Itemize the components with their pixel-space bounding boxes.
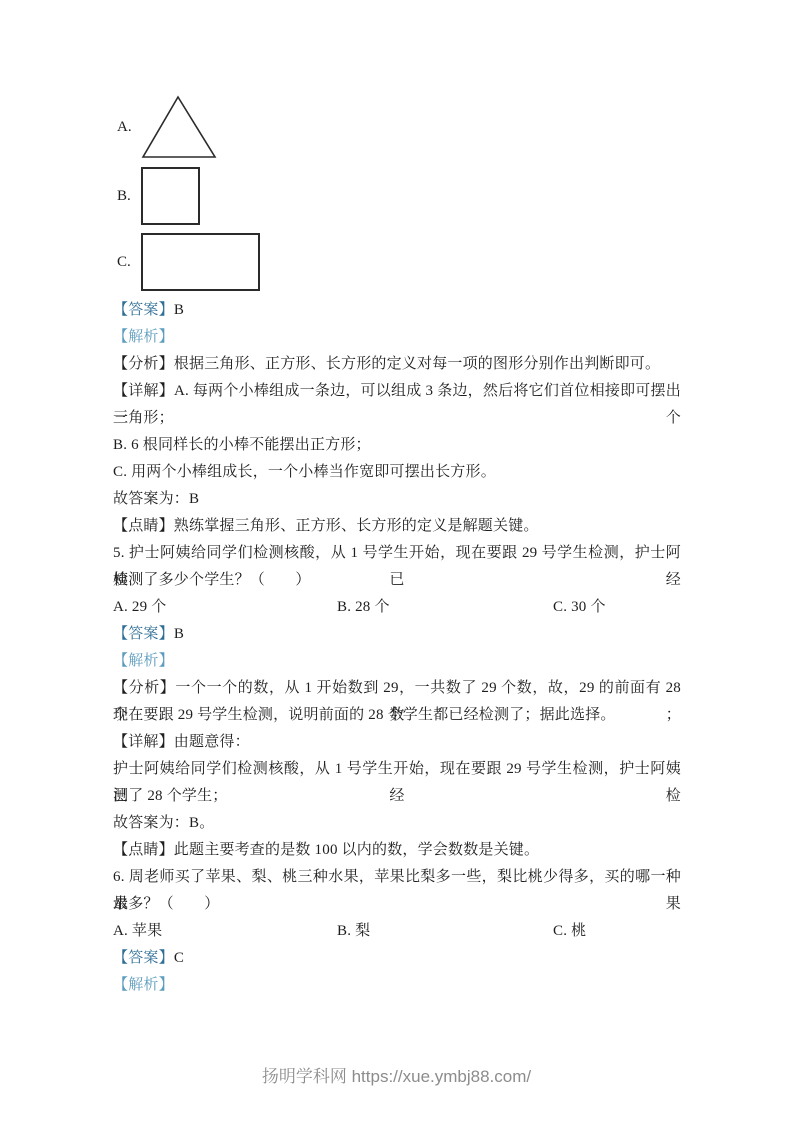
footer-watermark: 扬明学科网 https://xue.ymbj88.com/ <box>0 1062 793 1087</box>
rectangle-shape <box>141 233 260 291</box>
q6-options-row: A. 苹果 B. 梨 C. 桃 <box>113 918 681 945</box>
square-shape <box>141 167 200 225</box>
q5-options-row: A. 29 个 B. 28 个 C. 30 个 <box>113 594 681 621</box>
q4-answer-tag: 【答案】 <box>113 302 174 318</box>
q4-option-b-row: B. <box>113 167 681 225</box>
q4-explain-line: C. 用两个小棒组成长，一个小棒当作宽即可摆出长方形。 <box>113 459 681 486</box>
q4-answer-line: 【答案】B <box>113 297 681 324</box>
q4-analysis-line: 【解析】 <box>113 324 681 351</box>
q5-option-c: C. 30 个 <box>553 594 681 621</box>
q4-explain-line: 【详解】A. 每两个小棒组成一条边，可以组成 3 条边，然后将它们首位相接即可摆… <box>113 378 681 405</box>
q5-stem-line: 5. 护士阿姨给同学们检测核酸，从 1 号学生开始，现在要跟 29 号学生检测，… <box>113 540 681 567</box>
q5-answer-tag: 【答案】 <box>113 626 174 642</box>
q5-explain-line: 【分析】一个一个的数，从 1 开始数到 29，一共数了 29 个数，故，29 的… <box>113 675 681 702</box>
q4-conclusion-line: 故答案为：B <box>113 486 681 513</box>
q4-point-line: 【点睛】熟练掌握三角形、正方形、长方形的定义是解题关键。 <box>113 513 681 540</box>
document-content: A. B. C. 【答案】B 【解析】 【分析】根据三角形、正方形、长方形的定义… <box>113 95 681 999</box>
q4-explain-line: 【分析】根据三角形、正方形、长方形的定义对每一项的图形分别作出判断即可。 <box>113 351 681 378</box>
q5-option-a: A. 29 个 <box>113 594 337 621</box>
q5-conclusion-line: 故答案为：B。 <box>113 810 681 837</box>
triangle-shape <box>141 95 218 159</box>
q4-option-c-label: C. <box>113 254 141 271</box>
q5-option-b: B. 28 个 <box>337 594 553 621</box>
q4-answer-value: B <box>174 302 184 318</box>
footer-site-text: 扬明学科网 https://xue.ymbj88.com/ <box>262 1067 531 1086</box>
exam-document-page: A. B. C. 【答案】B 【解析】 【分析】根据三角形、正方形、长方形的定义… <box>0 0 793 1122</box>
q6-answer-line: 【答案】C <box>113 945 681 972</box>
q5-explain-line: 现在要跟 29 号学生检测，说明前面的 28 个学生都已经检测了；据此选择。 <box>113 702 681 729</box>
q6-option-b: B. 梨 <box>337 918 553 945</box>
q6-answer-value: C <box>174 950 184 966</box>
q6-option-c: C. 桃 <box>553 918 681 945</box>
q6-answer-tag: 【答案】 <box>113 950 174 966</box>
q5-analysis-line: 【解析】 <box>113 648 681 675</box>
q5-explain-line: 【详解】由题意得： <box>113 729 681 756</box>
q5-analysis-tag: 【解析】 <box>113 653 174 669</box>
q6-analysis-tag: 【解析】 <box>113 977 174 993</box>
q4-option-c-row: C. <box>113 233 681 291</box>
q4-explain-line: B. 6 根同样长的小棒不能摆出正方形； <box>113 432 681 459</box>
q5-point-line: 【点睛】此题主要考查的是数 100 以内的数，学会数数是关键。 <box>113 837 681 864</box>
q6-analysis-line: 【解析】 <box>113 972 681 999</box>
q4-option-a-row: A. <box>113 95 681 159</box>
q5-answer-line: 【答案】B <box>113 621 681 648</box>
q6-stem-line: 6. 周老师买了苹果、梨、桃三种水果，苹果比梨多一些，梨比桃少得多，买的哪一种水… <box>113 864 681 891</box>
q6-option-a: A. 苹果 <box>113 918 337 945</box>
q4-option-a-label: A. <box>113 119 141 136</box>
q5-answer-value: B <box>174 626 184 642</box>
q4-option-b-label: B. <box>113 188 141 205</box>
q4-analysis-tag: 【解析】 <box>113 329 174 345</box>
q5-explain-line: 护士阿姨给同学们检测核酸，从 1 号学生开始，现在要跟 29 号学生检测，护士阿… <box>113 756 681 783</box>
